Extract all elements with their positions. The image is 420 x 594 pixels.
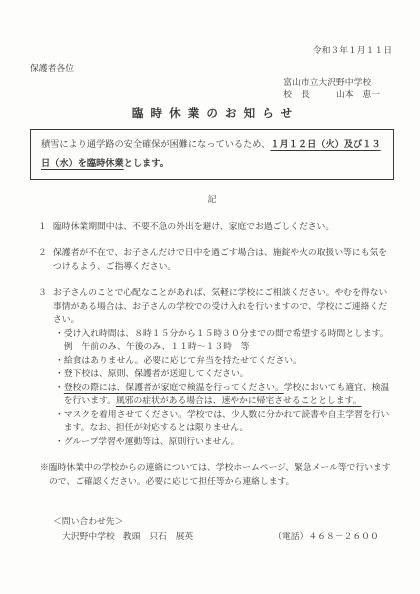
numbered-item-1: １ 臨時休業期間中は、不要不急の外出を避け、家庭でお過ごしください。	[30, 220, 394, 234]
bullet-text: 受け入れ時間は、８時１５分から１５時３０分までの間で希望する時間とします。	[64, 328, 389, 338]
bullet-escort: ・登下校は、原則、保護者が送迎してください。	[55, 367, 394, 381]
item-number: １	[38, 220, 53, 234]
bullet-no-lunch: ・給食はありません。必要に応じて弁当を持たせてください。	[55, 354, 394, 368]
bullet-text-underlined: 登校の際には、保護者が家庭で検温を行ってください。	[64, 382, 284, 392]
issuer-block: 富山市立大沢野中学校 校 長 山本 恵一	[283, 76, 380, 100]
note-paragraph: ※臨時休業中の学校からの連絡については、学校ホームページ、緊急メール等で行います…	[40, 461, 394, 488]
item-text: お子さんのことで心配なことがあれば、気軽に学校にご相談ください。やむを得ない事情…	[53, 286, 394, 327]
bullet-marker: ・	[55, 409, 64, 419]
ki-heading: 記	[30, 193, 394, 207]
note-text: 臨時休業中の学校からの連絡については、学校ホームページ、緊急メール等で行いますの…	[49, 462, 391, 486]
bullet-marker: ・	[55, 355, 64, 365]
bullet-text-underlined: 風邪の症状がある場合は、速やかに帰宅させることとします。	[116, 395, 362, 405]
bullet-text: 給食はありません。必要に応じて弁当を持たせてください。	[64, 355, 302, 365]
bullet-marker: ・	[55, 368, 64, 378]
bullet-marker: ・	[55, 382, 64, 392]
bullet-mask: ・マスクを着用させてください。学校では、少人数に分かれて読書や自主学習を行います…	[55, 408, 394, 435]
contact-line: 大沢野中学校 教頭 只石 展英 （電話）４６８－２６００	[62, 530, 394, 544]
numbered-item-3: ３ お子さんのことで心配なことがあれば、気軽に学校にご相談ください。やむを得ない…	[30, 286, 394, 327]
issue-date: 令和３年１月１１日	[30, 44, 394, 58]
contact-school: 大沢野中学校	[62, 530, 115, 544]
bullet-example-line: 例 午前のみ、午後のみ、１１時～１３時 等	[55, 340, 394, 354]
document-page: 令和３年１月１１日 保護者各位 富山市立大沢野中学校 校 長 山本 恵一 臨時休…	[0, 0, 420, 594]
item-text: 臨時休業期間中は、不要不急の外出を避け、家庭でお過ごしください。	[53, 220, 394, 234]
school-name: 富山市立大沢野中学校	[283, 76, 380, 88]
principal-line: 校 長 山本 恵一	[283, 88, 380, 100]
contact-person: 教頭 只石 展英	[123, 530, 193, 544]
notice-title: 臨時休業のお知らせ	[30, 107, 394, 121]
bullet-text: グループ学習や運動等は、原則行いません。	[64, 436, 240, 446]
bullet-reception-hours: ・受け入れ時間は、８時１５分から１５時３０分までの間で希望する時間とします。	[55, 327, 394, 341]
summary-tail: とします。	[124, 158, 169, 168]
bullet-marker: ・	[55, 436, 64, 446]
bullet-no-group-study: ・グループ学習や運動等は、原則行いません。	[55, 435, 394, 449]
bullet-text: 登下校は、原則、保護者が送迎してください。	[64, 368, 249, 378]
contact-heading: ＜問い合わせ先＞	[53, 515, 394, 529]
summary-lead: 積雪により通学路の安全確保が困難になっているため、	[41, 139, 270, 149]
item-number: ２	[38, 246, 53, 273]
bullet-marker: ・	[55, 328, 64, 338]
bullet-text: マスクを着用させてください。学校では、少人数に分かれて読書や自主学習を行います。…	[64, 409, 390, 433]
item-number: ３	[38, 286, 53, 327]
bullet-temperature-check: ・登校の際には、保護者が家庭で検温を行ってください。学校においても適宜、検温を行…	[55, 381, 394, 408]
note-marker: ※	[40, 462, 49, 472]
numbered-item-2: ２ 保護者が不在で、お子さんだけで日中を過ごす場合は、施錠や火の取扱い等にも気を…	[30, 246, 394, 273]
bullet-list: ・受け入れ時間は、８時１５分から１５時３０分までの間で希望する時間とします。 例…	[55, 327, 394, 449]
contact-phone: （電話）４６８－２６００	[273, 530, 379, 544]
recipient-line: 保護者各位	[30, 62, 394, 76]
summary-box: 積雪により通学路の安全確保が困難になっているため、１月１２日（火）及び１３日（水…	[30, 129, 394, 180]
item-text: 保護者が不在で、お子さんだけで日中を過ごす場合は、施錠や火の取扱い等にも気をつけ…	[53, 246, 394, 273]
